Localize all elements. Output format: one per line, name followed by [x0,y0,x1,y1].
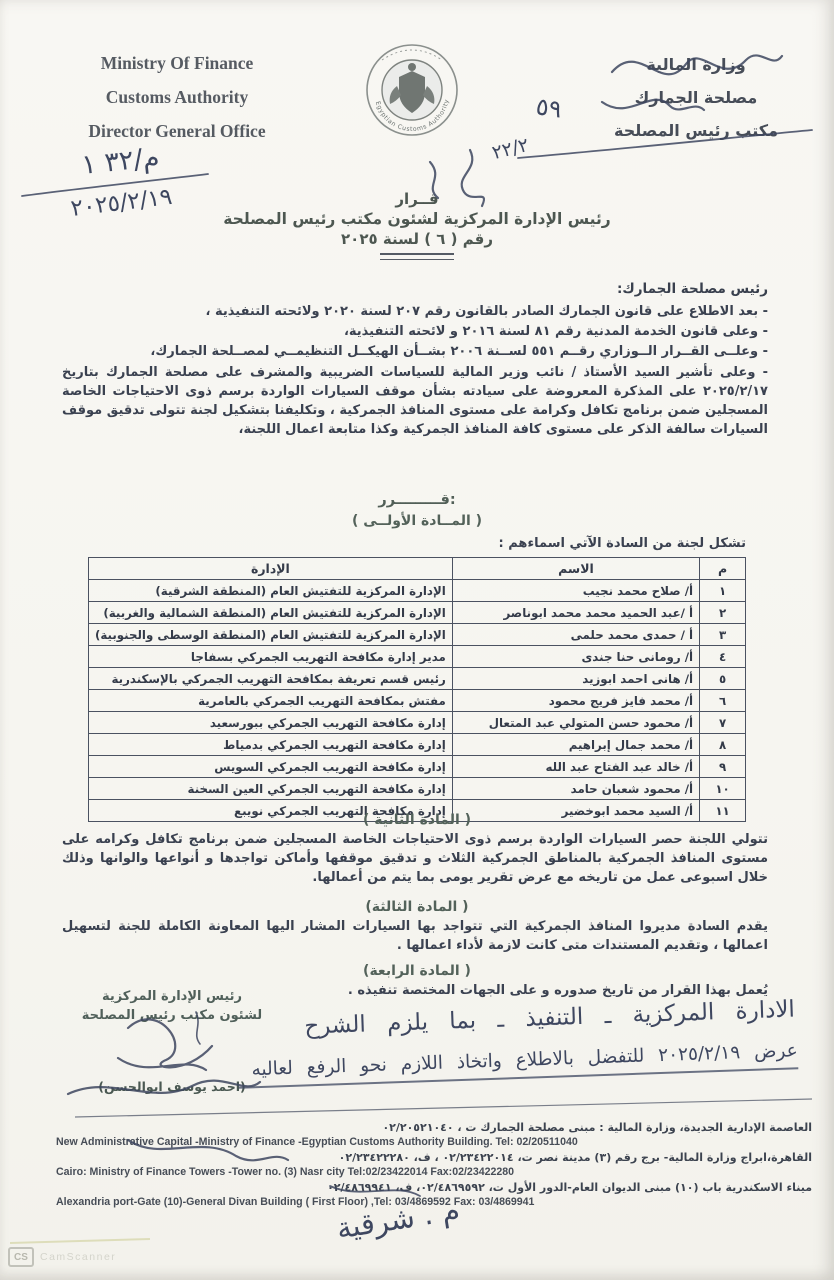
member-name: أ/ محمد جمال إبراهيم [452,734,699,756]
table-header-row: م الاسم الإدارة [89,558,746,580]
member-no: ٥ [700,668,746,690]
member-name: أ/ خالد عبد الفتاح عبد الله [452,756,699,778]
article-3-heading: (المادة الثالثة ) [0,899,834,915]
handwritten-entry-date: ٢٢/٢ [490,134,531,164]
table-row: ٨أ/ محمد جمال إبراهيمإدارة مكافحة التهري… [89,734,746,756]
member-no: ١ [700,580,746,602]
member-dept: مدير إدارة مكافحة التهريب الجمركي بسفاجا [89,646,453,668]
table-row: ٧أ/ محمود حسن المتولي عبد المتعالإدارة م… [89,712,746,734]
letterhead-ar-line: وزارة المالية [588,48,804,81]
table-row: ٢أ /عبد الحميد محمد محمد ابوناصرالإدارة … [89,602,746,624]
customs-authority-emblem-icon: Egyptian Customs Authority [362,40,462,144]
member-dept: الإدارة المركزية للتفتيش العام (المنطقة … [89,580,453,602]
article-3-body: يقدم السادة مديروا المنافذ الجمركية التي… [62,918,768,956]
handwritten-directive-line1: الادارة المركزية ـ التنفيذ ـ بما يلزم ال… [250,996,796,1041]
footer-address-ar: القاهرة،ابراج وزارة المالية- برج رقم (٣)… [56,1150,812,1165]
member-no: ٣ [700,624,746,646]
scanned-decree-page: Ministry Of Finance Customs Authority Di… [0,0,834,1280]
decree-number: رقم ( ٦ ) لسنة ٢٠٢٥ [0,230,834,248]
letterhead-en-line: Ministry Of Finance [58,46,296,80]
member-no: ٨ [700,734,746,756]
handwritten-directive-line2: عرض ٢٠٢٥/٢/١٩ للتفضل بالاطلاع واتخاذ الل… [238,1040,799,1089]
member-no: ٧ [700,712,746,734]
article-4-heading: (المادة الرابعة ) [0,963,834,979]
article-2-body: تتولي اللجنة حصر السيارات الواردة برسم ذ… [62,831,768,888]
preamble-heading: رئيس مصلحة الجمارك: [62,280,768,300]
col-header-name: الاسم [452,558,699,580]
col-header-dept: الإدارة [89,558,453,580]
footer-address-en: New Administrative Capital -Ministry of … [56,1135,812,1150]
table-row: ٣أ / حمدى محمد حلمىالإدارة المركزية للتف… [89,624,746,646]
decree-decided-word: قـــــــــرر: [0,492,834,508]
letterhead-arabic: وزارة المالية مصلحة الجمارك مكتب رئيس ال… [588,48,804,147]
member-dept: إدارة مكافحة التهريب الجمركي ببورسعيد [89,712,453,734]
table-row: ١٠أ/ محمود شعبان حامدإدارة مكافحة التهري… [89,778,746,800]
member-dept: الإدارة المركزية للتفتيش العام (المنطقة … [89,602,453,624]
col-header-no: م [700,558,746,580]
handwritten-entry-number: ٥٩ [534,92,563,123]
table-row: ٦أ/ محمد فايز فريج محمودمفتش بمكافحة الت… [89,690,746,712]
table-row: ٤أ/ رومانى حنا جندىمدير إدارة مكافحة الت… [89,646,746,668]
preamble-item: - بعد الاطلاع على قانون الجمارك الصادر ب… [62,302,768,321]
letterhead-ar-line: مكتب رئيس المصلحة [588,114,804,147]
article-2-heading: ( المادة الثانية ) [0,812,834,828]
letterhead-english: Ministry Of Finance Customs Authority Di… [58,46,296,148]
member-no: ٢ [700,602,746,624]
preamble-item: - وعلــى القــرار الــوزاري رقــم ٥٥١ لس… [62,342,768,361]
footer-address-ar: العاصمة الإدارية الجديدة، وزارة المالية … [56,1120,812,1135]
member-dept: إدارة مكافحة التهريب الجمركي السويس [89,756,453,778]
article-1-heading: ( المــادة الأولــى ) [0,513,834,529]
member-name: أ/ هانى احمد ابوزيد [452,668,699,690]
camscanner-badge-icon: CS [8,1247,34,1267]
member-name: أ/ محمود شعبان حامد [452,778,699,800]
title-divider [380,253,454,260]
letterhead-en-line: Customs Authority [58,80,296,114]
member-name: أ/ رومانى حنا جندى [452,646,699,668]
footer-address-en: Cairo: Ministry of Finance Towers -Tower… [56,1165,812,1180]
member-no: ٤ [700,646,746,668]
table-row: ١أ/ صلاح محمد نجيبالإدارة المركزية للتفت… [89,580,746,602]
member-name: أ/ صلاح محمد نجيب [452,580,699,602]
preamble-item: - وعلى قانون الخدمة المدنية رقم ٨١ لسنة … [62,322,768,341]
member-no: ١٠ [700,778,746,800]
member-name: أ /عبد الحميد محمد محمد ابوناصر [452,602,699,624]
scanner-watermark: CS CamScanner [8,1247,116,1267]
member-dept: إدارة مكافحة التهريب الجمركي العين السخن… [89,778,453,800]
member-no: ٦ [700,690,746,712]
signatory-title: لشئون مكتب رئيس المصلحة [72,1007,272,1026]
camscanner-label: CamScanner [40,1251,116,1263]
table-row: ٩أ/ خالد عبد الفتاح عبد اللهإدارة مكافحة… [89,756,746,778]
preamble: رئيس مصلحة الجمارك: - بعد الاطلاع على قا… [62,280,768,441]
committee-table: م الاسم الإدارة ١أ/ صلاح محمد نجيبالإدار… [88,557,746,822]
member-name: أ/ محمد فايز فريج محمود [452,690,699,712]
committee-intro: تشكل لجنة من السادة الآتي اسماءهم : [499,536,746,551]
footer-address-ar: ميناء الاسكندرية باب (١٠) مبنى الديوان ا… [56,1180,812,1195]
member-name: أ / حمدى محمد حلمى [452,624,699,646]
preamble-item: - وعلى تأشير السيد الأستاذ / نائب وزير ا… [62,363,768,440]
signatory-title: رئيس الإدارة المركزية [72,988,272,1007]
member-dept: إدارة مكافحة التهريب الجمركي بدمياط [89,734,453,756]
letterhead-ar-line: مصلحة الجمارك [588,81,804,114]
member-dept: مفتش بمكافحة التهريب الجمركي بالعامرية [89,690,453,712]
member-no: ٩ [700,756,746,778]
member-dept: الإدارة المركزية للتفتيش العام (المنطقة … [89,624,453,646]
table-row: ٥أ/ هانى احمد ابوزيدرئيس قسم تعريفة بمكا… [89,668,746,690]
member-dept: رئيس قسم تعريفة بمكافحة التهريب الجمركي … [89,668,453,690]
member-name: أ/ محمود حسن المتولي عبد المتعال [452,712,699,734]
